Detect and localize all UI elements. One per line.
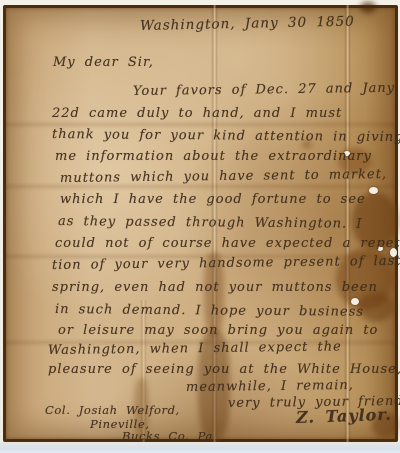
letter-line: thank you for your kind attention in giv… xyxy=(52,127,400,145)
letter-line: or leisure may soon bring you again to xyxy=(58,323,378,338)
letter-line: spring, even had not your muttons been xyxy=(52,280,378,295)
recipient-line: Bucks Co. Pa xyxy=(122,429,213,443)
salutation: My dear Sir, xyxy=(53,55,154,70)
letter-line: pleasure of seeing you at the White Hous… xyxy=(48,362,400,377)
letter-line: 22d came duly to hand, and I must xyxy=(52,106,342,121)
scan-background-strip xyxy=(0,442,400,453)
stain xyxy=(360,2,376,13)
signature: Z. Taylor. xyxy=(296,405,392,427)
letter-line: me information about the extraordinary xyxy=(55,149,372,164)
letter-scan: Washington, Jany 30 1850 My dear Sir, Yo… xyxy=(0,0,400,453)
paper-damage-spot xyxy=(369,187,378,194)
closing-line: meanwhile, I remain, xyxy=(186,378,354,395)
letter-line: as they passed through Washington. I xyxy=(58,214,363,232)
letter-line: Your favors of Dec. 27 and Jany xyxy=(133,81,395,99)
recipient-line: Col. Josiah Welford, xyxy=(45,403,180,417)
letter-line: which I have the good fortune to see xyxy=(60,192,366,207)
letter-line: in such demand. I hope your business xyxy=(55,302,364,320)
letter-line: could not of course have expected a repe… xyxy=(55,236,400,251)
